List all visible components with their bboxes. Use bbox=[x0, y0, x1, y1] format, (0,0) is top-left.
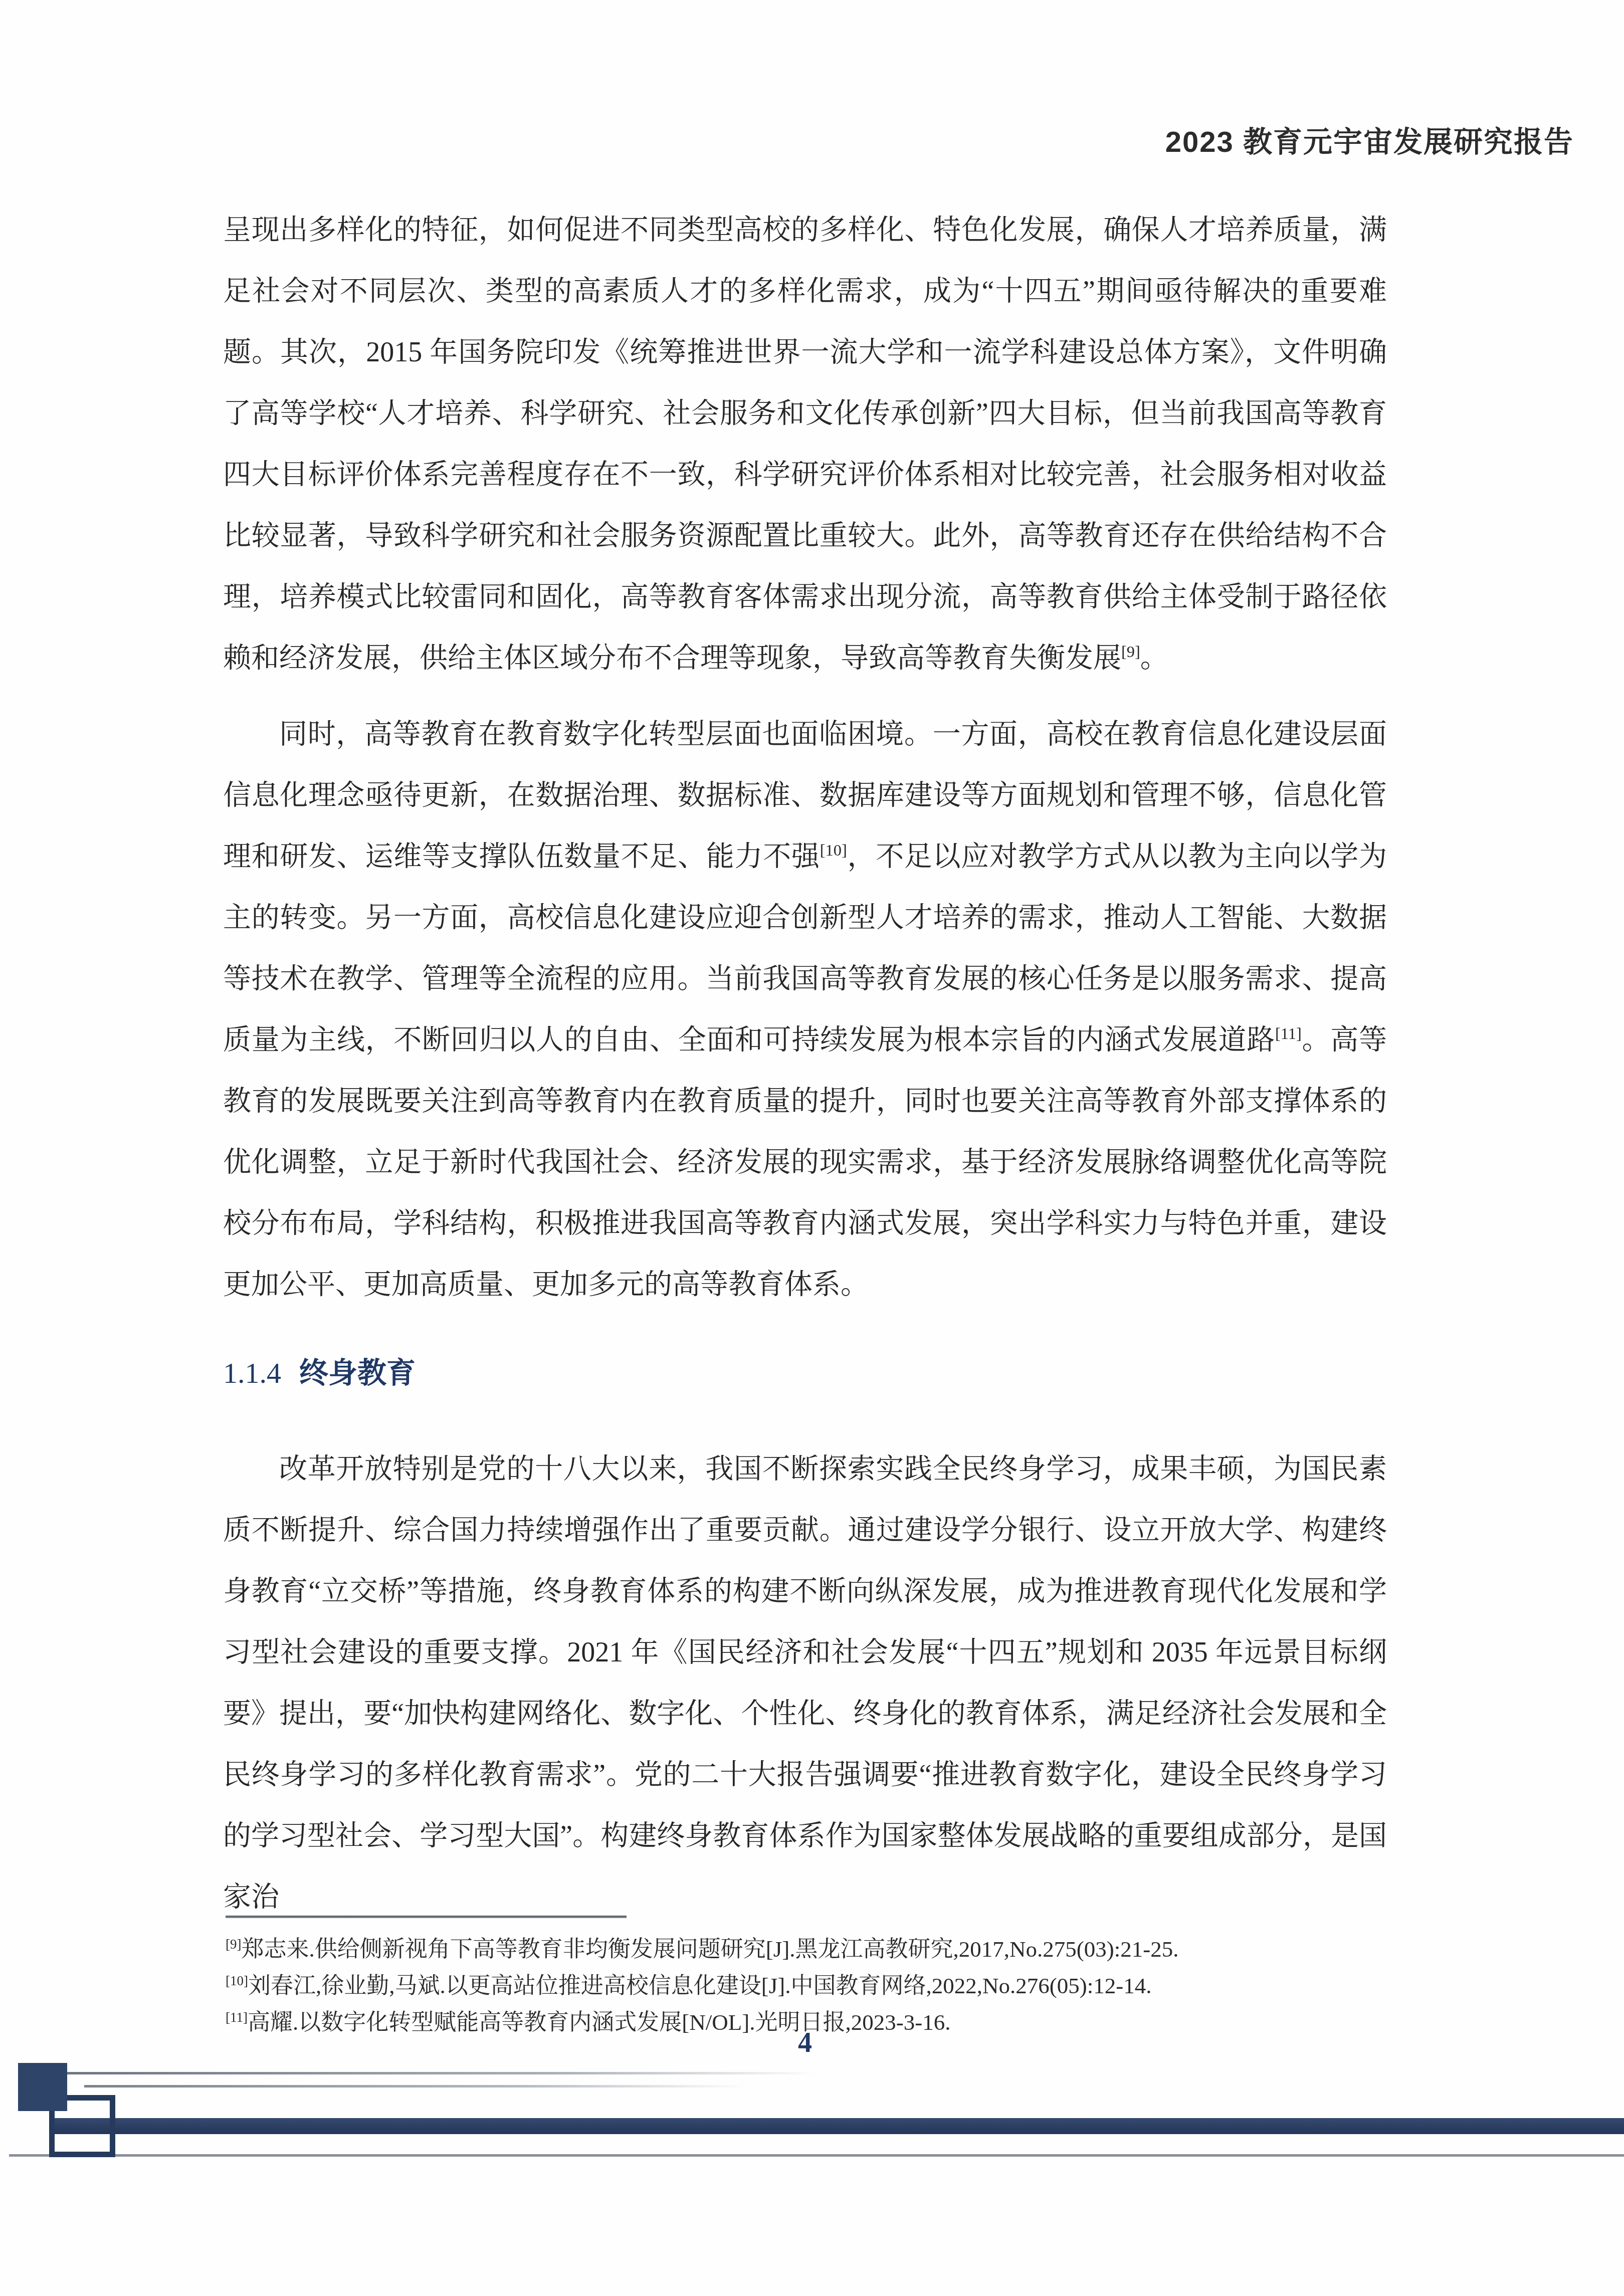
footnote-ref: [11] bbox=[226, 2010, 248, 2025]
section-heading: 1.1.4终身教育 bbox=[223, 1344, 1387, 1402]
footnote-separator bbox=[226, 1916, 627, 1918]
page-header-title: 2023 教育元宇宙发展研究报告 bbox=[1165, 118, 1574, 160]
footnote-ref: [9] bbox=[1121, 643, 1140, 661]
footnote-ref: [10] bbox=[820, 842, 847, 860]
footer-thin-line-bottom bbox=[84, 2085, 746, 2088]
footnote-item: [10]刘春江,徐业勤,马斌.以更高站位推进高校信息化建设[J].中国教育网络,… bbox=[226, 1968, 1389, 2004]
footnote-list: [9]郑志来.供给侧新视角下高等教育非均衡发展问题研究[J].黑龙江高教研究,2… bbox=[226, 1931, 1389, 2041]
document-page: 2023 教育元宇宙发展研究报告 呈现出多样化的特征，如何促进不同类型高校的多样… bbox=[0, 0, 1624, 2296]
footnote-item: [9]郑志来.供给侧新视角下高等教育非均衡发展问题研究[J].黑龙江高教研究,2… bbox=[226, 1931, 1389, 1968]
body-text: 呈现出多样化的特征，如何促进不同类型高校的多样化、特色化发展，确保人才培养质量，… bbox=[223, 199, 1387, 1928]
footnote-ref: [11] bbox=[1275, 1025, 1302, 1043]
footer-gray-line bbox=[9, 2154, 1624, 2157]
paragraph: 改革开放特别是党的十八大以来，我国不断探索实践全民终身学习，成果丰硕，为国民素质… bbox=[223, 1438, 1387, 1928]
page-number: 4 bbox=[223, 2027, 1387, 2059]
footnote-area: [9]郑志来.供给侧新视角下高等教育非均衡发展问题研究[J].黑龙江高教研究,2… bbox=[226, 1916, 1389, 2041]
footnote-ref: [9] bbox=[226, 1937, 241, 1952]
paragraph: 呈现出多样化的特征，如何促进不同类型高校的多样化、特色化发展，确保人才培养质量，… bbox=[223, 199, 1387, 689]
section-number: 1.1.4 bbox=[223, 1357, 281, 1389]
footer-filled-square bbox=[18, 2063, 67, 2111]
section-title: 终身教育 bbox=[299, 1357, 416, 1389]
footer-thin-line-top bbox=[65, 2072, 817, 2074]
footer-navy-bar bbox=[50, 2118, 1624, 2134]
footnote-ref: [10] bbox=[226, 1973, 248, 1988]
paragraph: 同时，高等教育在教育数字化转型层面也面临困境。一方面，高校在教育信息化建设层面信… bbox=[223, 704, 1387, 1315]
